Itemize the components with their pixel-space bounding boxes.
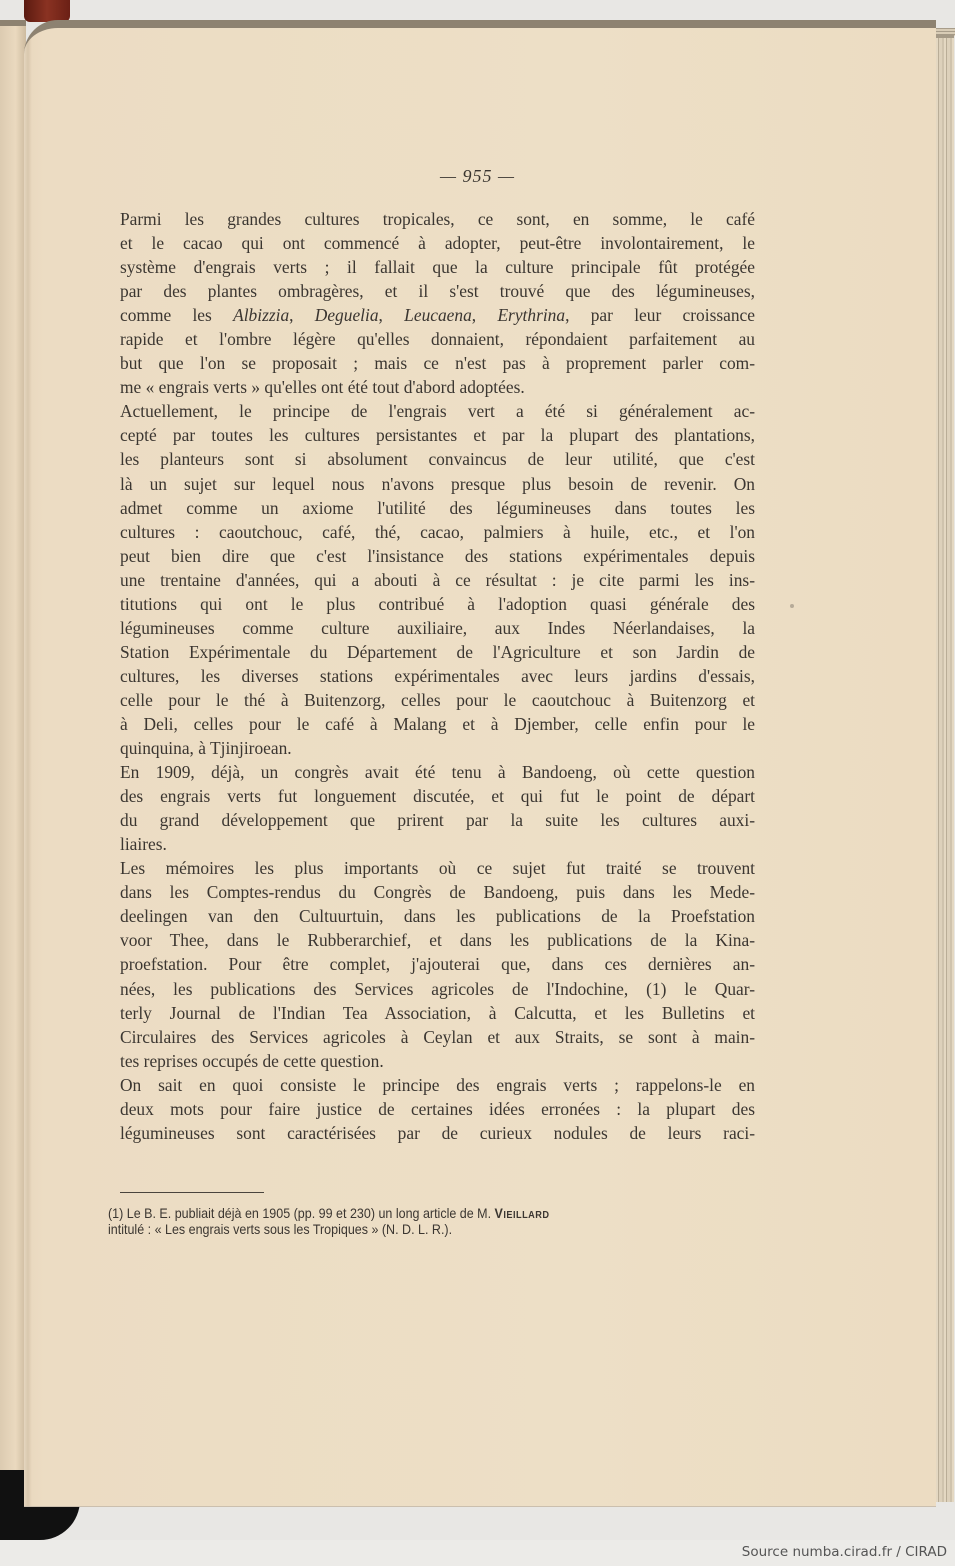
text-line: celle pour le thé à Buitenzorg, celles p… bbox=[120, 688, 755, 712]
genus-name: Albizzia bbox=[233, 305, 289, 325]
text-line: Actuellement, le principe de l'engrais v… bbox=[120, 399, 755, 423]
footnote-author: Vieillard bbox=[495, 1206, 550, 1221]
paragraph-1: Parmi les grandes cultures tropicales, c… bbox=[120, 207, 755, 399]
paper-speck bbox=[790, 604, 794, 608]
text-line: me « engrais verts » qu'elles ont été to… bbox=[120, 375, 755, 399]
text-line: dans les Comptes-rendus du Congrès de Ba… bbox=[120, 880, 755, 904]
text-line-with-genus-names: comme les Albizzia, Deguelia, Leucaena, … bbox=[120, 303, 755, 327]
text-line: deux mots pour faire justice de certaine… bbox=[120, 1097, 755, 1121]
text-line: là un sujet sur lequel nous n'avons pres… bbox=[120, 472, 755, 496]
text-line: liaires. bbox=[120, 832, 755, 856]
text-line: deelingen van den Cultuurtuin, dans les … bbox=[120, 904, 755, 928]
facing-page-edge bbox=[0, 20, 26, 1496]
text-line: légumineuses sont caractérisées par de c… bbox=[120, 1121, 755, 1145]
genus-name: Erythrina bbox=[497, 305, 565, 325]
text-line: du grand développement que prirent par l… bbox=[120, 808, 755, 832]
text-line: voor Thee, dans le Rubberarchief, et dan… bbox=[120, 928, 755, 952]
text-line: quinquina, à Tjinjiroean. bbox=[120, 736, 755, 760]
text-line: Les mémoires les plus importants où ce s… bbox=[120, 856, 755, 880]
paragraph-2: Actuellement, le principe de l'engrais v… bbox=[120, 399, 755, 760]
paragraph-3: En 1909, déjà, un congrès avait été tenu… bbox=[120, 760, 755, 856]
paragraph-4: Les mémoires les plus importants où ce s… bbox=[120, 856, 755, 1072]
text-line: et le cacao qui ont commencé à adopter, … bbox=[120, 231, 755, 255]
text-line: tes reprises occupés de cette question. bbox=[120, 1049, 755, 1073]
footnote-line-2: intitulé : « Les engrais verts sous les … bbox=[108, 1222, 715, 1238]
text-line: proefstation. Pour être complet, j'ajout… bbox=[120, 952, 755, 976]
text-line: On sait en quoi consiste le principe des… bbox=[120, 1073, 755, 1097]
text-line: à Deli, celles pour le café à Malang et … bbox=[120, 712, 755, 736]
source-credit: Source numba.cirad.fr / CIRAD bbox=[742, 1544, 947, 1560]
genus-name: Deguelia bbox=[315, 305, 379, 325]
genus-name: Leucaena bbox=[404, 305, 472, 325]
text-line: nées, les publications des Services agri… bbox=[120, 977, 755, 1001]
text-line: cepté par toutes les cultures persistant… bbox=[120, 423, 755, 447]
text-line: Circulaires des Services agricoles à Cey… bbox=[120, 1025, 755, 1049]
text-line: admet comme un axiome l'utilité des légu… bbox=[120, 496, 755, 520]
footnote-text: (1) Le B. E. publiait déjà en 1905 (pp. … bbox=[108, 1206, 495, 1221]
footnote-divider bbox=[120, 1192, 264, 1193]
footnote: (1) Le B. E. publiait déjà en 1905 (pp. … bbox=[108, 1206, 715, 1238]
text-line: but que l'on se proposait ; mais ce n'es… bbox=[120, 351, 755, 375]
text-line: par des plantes ombragères, et il s'est … bbox=[120, 279, 755, 303]
text-line: Station Expérimentale du Département de … bbox=[120, 640, 755, 664]
text-line: titutions qui ont le plus contribué à l'… bbox=[120, 592, 755, 616]
text-line: une trentaine d'années, qui a abouti à c… bbox=[120, 568, 755, 592]
text-line: Parmi les grandes cultures tropicales, c… bbox=[120, 207, 755, 231]
text-line: des engrais verts fut longuement discuté… bbox=[120, 784, 755, 808]
text-line: rapide et l'ombre légère qu'elles donnai… bbox=[120, 327, 755, 351]
text-line: cultures, les diverses stations expérime… bbox=[120, 664, 755, 688]
paragraph-5: On sait en quoi consiste le principe des… bbox=[120, 1073, 755, 1145]
body-text: Parmi les grandes cultures tropicales, c… bbox=[120, 207, 755, 1145]
text-line: cultures : caoutchouc, café, thé, cacao,… bbox=[120, 520, 755, 544]
text-line: légumineuses comme culture auxiliaire, a… bbox=[120, 616, 755, 640]
text-line: peut bien dire que c'est l'insistance de… bbox=[120, 544, 755, 568]
text-line: les planteurs sont si absolument convain… bbox=[120, 447, 755, 471]
text-line: terly Journal de l'Indian Tea Associatio… bbox=[120, 1001, 755, 1025]
text-line: système d'engrais verts ; il fallait que… bbox=[120, 255, 755, 279]
text-line: En 1909, déjà, un congrès avait été tenu… bbox=[120, 760, 755, 784]
page-number: — 955 — bbox=[0, 166, 955, 187]
book-spine bbox=[24, 0, 70, 22]
footnote-line-1: (1) Le B. E. publiait déjà en 1905 (pp. … bbox=[108, 1206, 715, 1222]
